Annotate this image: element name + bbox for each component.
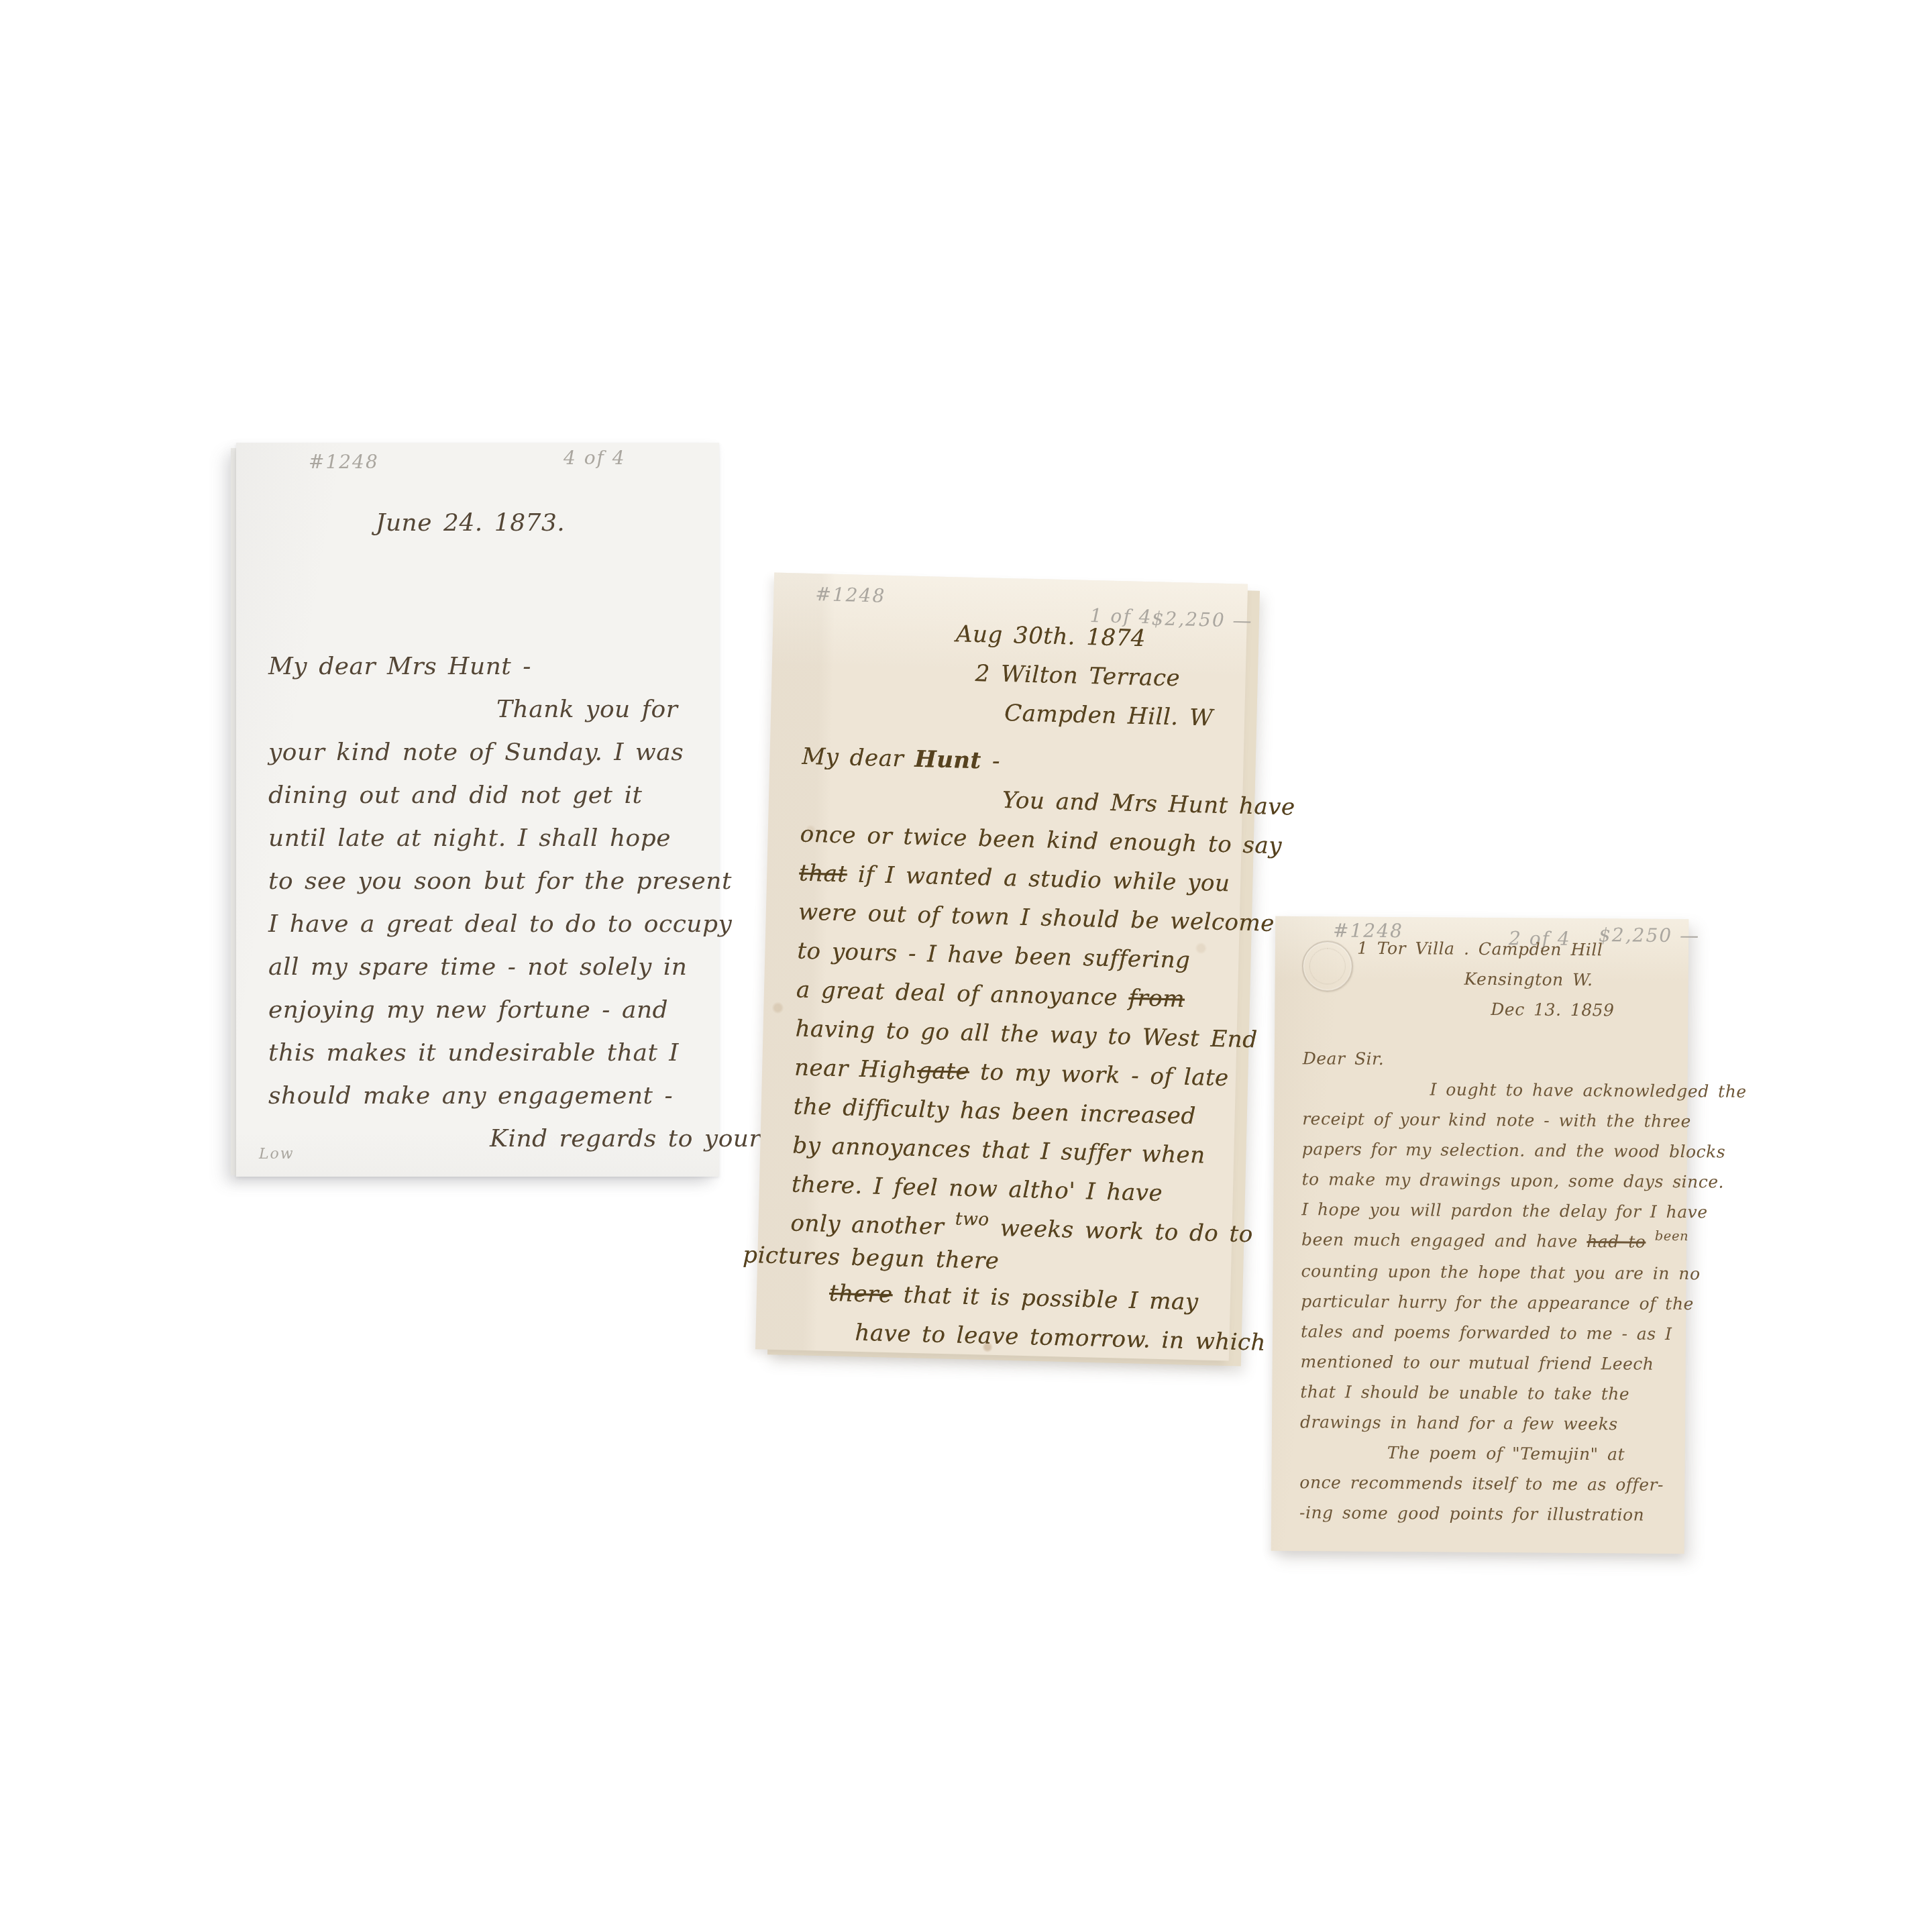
pencil-corner-note: Low (259, 1144, 294, 1165)
emphasized-word: Hunt (914, 746, 981, 774)
letter-line: Thank you for (268, 688, 694, 731)
letter-line: all my spare time - not solely in (268, 946, 694, 989)
struck-word: there (829, 1280, 894, 1308)
letter-line: once recommends itself to me as offer- (1299, 1467, 1664, 1500)
letter-1874-body: Aug 30th. 18742 Wilton TerraceCampden Hi… (788, 611, 1222, 1361)
letter-line: been much engaged and have had to been (1301, 1224, 1666, 1258)
letter-line: to see you soon but for the present (268, 860, 694, 903)
letter-line: The poem of "Temujin" at (1300, 1437, 1665, 1470)
letter-line: Campden Hill. W (1004, 694, 1220, 738)
letter-line: Kind regards to your (268, 1118, 694, 1161)
pencil-lot-number: #1248 (309, 452, 379, 472)
letter-1859-sheet: #1248 2 of 4 $2,250 — 1 Tor Villa . Camp… (1271, 916, 1689, 1554)
letter-line: drawings in hand for a few weeks (1300, 1407, 1665, 1440)
letter-line: 2 Wilton Terrace (975, 654, 1220, 699)
letter-line: enjoying my new fortune - and (268, 989, 694, 1032)
letter-line: this makes it undesirable that I (268, 1032, 694, 1075)
letter-1874-sheet: #1248 1 of 4 $2,250 — Aug 30th. 18742 Wi… (755, 573, 1248, 1361)
letter-line: My dear Mrs Hunt - (268, 645, 694, 688)
pencil-lot-number: #1248 (815, 584, 885, 606)
letter-line: that I should be unable to take the (1300, 1377, 1665, 1409)
letter-line: to make my drawings upon, some days sinc… (1301, 1164, 1666, 1197)
letter-line: tales and poems forwarded to me - as I (1301, 1316, 1666, 1349)
letter-1873-body: June 24. 1873.My dear Mrs Hunt -Thank yo… (268, 502, 694, 1161)
letter-1873-sheet: #1248 4 of 4 June 24. 1873.My dear Mrs H… (236, 443, 719, 1177)
letter-line: papers for my selection. and the wood bl… (1302, 1134, 1667, 1167)
struck-word: that (799, 860, 847, 888)
inserted-word: two (955, 1200, 989, 1240)
letter-line: Dear Sir. (1303, 1043, 1668, 1076)
letters-photograph: #1248 4 of 4 June 24. 1873.My dear Mrs H… (0, 0, 1932, 1932)
letter-line: mentioned to our mutual friend Leech (1301, 1346, 1666, 1379)
letter-line: particular hurry for the appearance of t… (1301, 1286, 1666, 1319)
letter-line: your kind note of Sunday. I was (268, 731, 694, 774)
pencil-page-number: 4 of 4 (563, 448, 626, 468)
letter-line: should make any engagement - (268, 1075, 694, 1118)
letter-1859-body: 1 Tor Villa . Campden HillKensington W.D… (1299, 932, 1668, 1530)
letter-line: 1 Tor Villa . Campden Hill (1357, 933, 1668, 965)
letter-line: I ought to have acknowledged the (1302, 1073, 1667, 1106)
letter-line: Aug 30th. 1874 (955, 614, 1221, 660)
letter-line: I hope you will pardon the delay for I h… (1301, 1194, 1666, 1227)
letter-line: -ing some good points for illustration (1299, 1497, 1664, 1530)
struck-word: from (1128, 985, 1185, 1013)
inserted-word: been (1655, 1221, 1688, 1251)
letter-line: counting upon the hope that you are in n… (1301, 1256, 1666, 1289)
letter-line: dining out and did not get it (268, 774, 694, 817)
letter-line: receipt of your kind note - with the thr… (1302, 1104, 1667, 1136)
struck-word: had to (1587, 1232, 1646, 1252)
struck-word: gate (917, 1057, 970, 1085)
letter-line: Kensington W. (1464, 964, 1668, 996)
letter-line: June 24. 1873. (376, 502, 694, 545)
letter-line: Dec 13. 1859 (1491, 994, 1668, 1026)
letter-line: until late at night. I shall hope (268, 817, 694, 860)
letter-line: I have a great deal to do to occupy (268, 903, 694, 946)
